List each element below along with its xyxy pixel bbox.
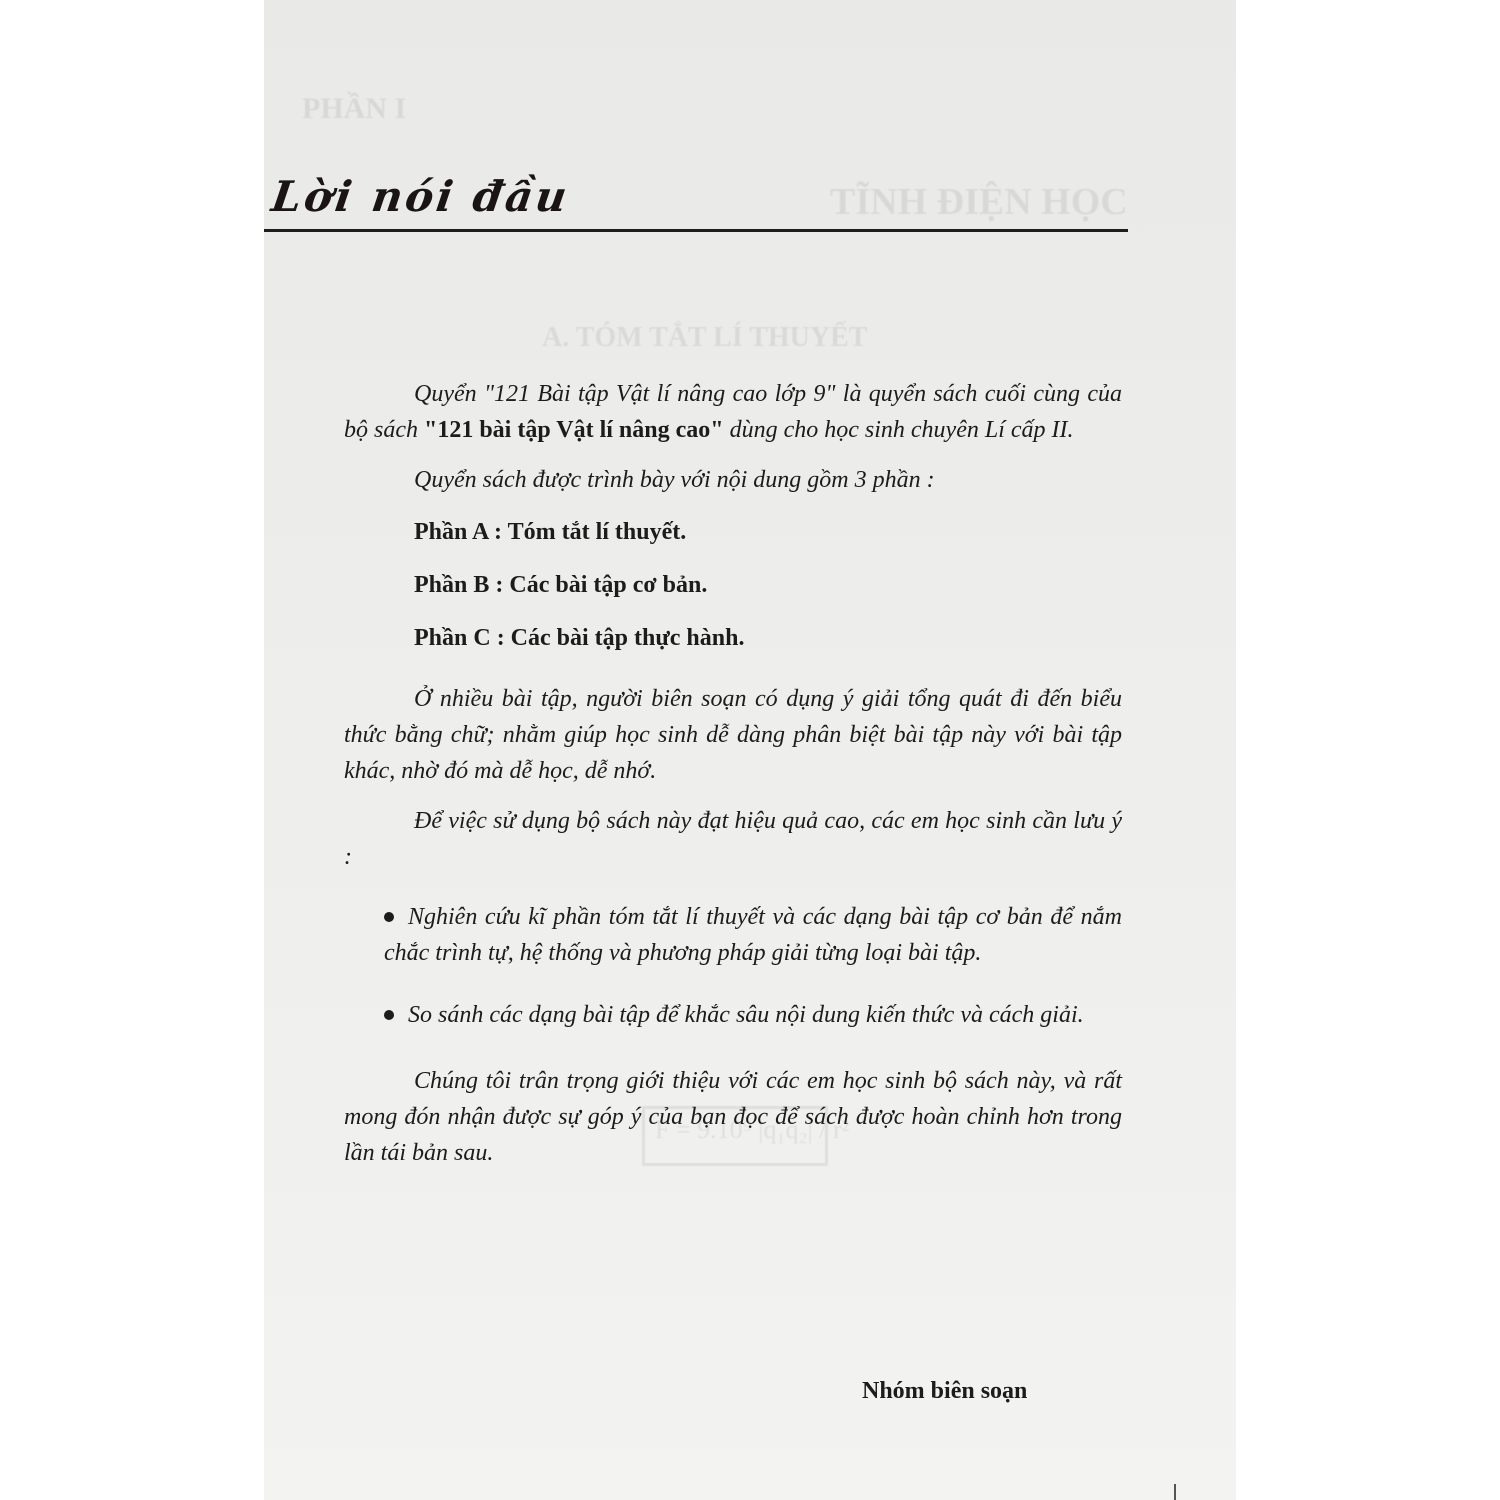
preface-body: Quyển "121 Bài tập Vật lí nâng cao lớp 9… <box>344 376 1122 1171</box>
intro-paragraph: Quyển "121 Bài tập Vật lí nâng cao lớp 9… <box>344 376 1122 448</box>
bullet-icon <box>384 912 394 922</box>
title-underline-divider <box>264 229 1128 232</box>
structure-paragraph: Quyển sách được trình bày với nội dung g… <box>344 462 1122 498</box>
author-signature: Nhóm biên soạn <box>862 1378 1027 1405</box>
bullet-icon <box>384 1010 394 1020</box>
advice-item-text: Nghiên cứu kĩ phần tóm tắt lí thuyết và … <box>384 904 1122 966</box>
bleed-through-section-title: A. TÓM TẮT LÍ THUYẾT <box>542 322 867 354</box>
part-b-item: Phần B : Các bài tập cơ bản. <box>414 565 1122 618</box>
parts-list: Phần A : Tóm tắt lí thuyết. Phần B : Các… <box>414 512 1122 671</box>
series-title: "121 bài tập Vật lí nâng cao" <box>424 417 724 443</box>
page-edge-mark <box>1174 1484 1176 1500</box>
advice-item: So sánh các dạng bài tập để khắc sâu nội… <box>384 997 1122 1033</box>
bleed-through-chapter-title: TĨNH ĐIỆN HỌC <box>830 180 1128 224</box>
advice-intro-paragraph: Để việc sử dụng bộ sách này đạt hiệu quả… <box>344 803 1122 875</box>
approach-paragraph: Ở nhiều bài tập, người biên soạn có dụng… <box>344 681 1122 789</box>
advice-list: Nghiên cứu kĩ phần tóm tắt lí thuyết và … <box>384 899 1122 1033</box>
page-title: Lời nói đầu <box>269 172 573 221</box>
bleed-through-part-label: PHẦN I <box>302 92 406 126</box>
part-c-item: Phần C : Các bài tập thực hành. <box>414 618 1122 671</box>
book-page: PHẦN I TĨNH ĐIỆN HỌC A. TÓM TẮT LÍ THUYẾ… <box>264 0 1236 1500</box>
closing-paragraph: Chúng tôi trân trọng giới thiệu với các … <box>344 1063 1122 1171</box>
intro-text-end: dùng cho học sinh chuyên Lí cấp II. <box>724 417 1074 443</box>
advice-item-text: So sánh các dạng bài tập để khắc sâu nội… <box>408 1002 1084 1028</box>
part-a-item: Phần A : Tóm tắt lí thuyết. <box>414 512 1122 565</box>
advice-item: Nghiên cứu kĩ phần tóm tắt lí thuyết và … <box>384 899 1122 971</box>
